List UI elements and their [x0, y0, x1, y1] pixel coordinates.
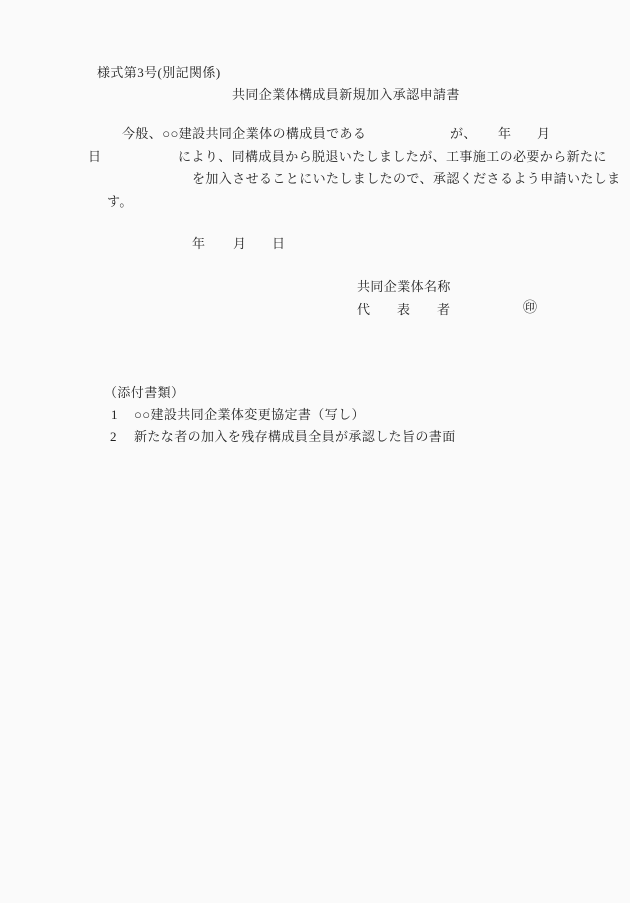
- body-line3-text: を加入させることにいたしましたので、承認くださるよう申請いたしま: [192, 172, 621, 185]
- body-line2-text: により、同構成員から脱退いたしましたが、工事施工の必要から新たに: [178, 150, 607, 163]
- body-line1-year-label: 年: [498, 127, 511, 140]
- seal-mark-icon: ㊞: [523, 302, 537, 316]
- date-day-label: 日: [272, 237, 285, 250]
- representative-label-2: 表: [397, 303, 410, 316]
- date-month-label: 月: [233, 237, 246, 250]
- attachment-1-number: 1: [111, 408, 118, 421]
- body-line1-particle: が、: [450, 127, 477, 140]
- representative-label-1: 代: [357, 303, 370, 316]
- attachment-1-text: ○○建設共同企業体変更協定書（写し）: [134, 408, 365, 421]
- document-page: 様式第3号(別記関係) 共同企業体構成員新規加入承認申請書 今般、○○建設共同企…: [0, 0, 630, 903]
- jv-name-label: 共同企業体名称: [357, 280, 451, 293]
- body-line1-month-label: 月: [537, 127, 550, 140]
- document-title: 共同企業体構成員新規加入承認申請書: [232, 88, 460, 101]
- attachment-2-text: 新たな者の加入を残存構成員全員が承認した旨の書面: [134, 430, 456, 443]
- body-line4-text: す。: [107, 195, 133, 208]
- body-line1-intro: 今般、○○建設共同企業体の構成員である: [122, 127, 366, 140]
- representative-label-3: 者: [437, 303, 450, 316]
- attachments-header: （添付書類）: [104, 386, 184, 399]
- body-line2-day-label: 日: [88, 150, 101, 163]
- form-number: 様式第3号(別記関係): [97, 66, 221, 79]
- attachment-2-number: 2: [110, 430, 117, 443]
- date-year-label: 年: [192, 237, 205, 250]
